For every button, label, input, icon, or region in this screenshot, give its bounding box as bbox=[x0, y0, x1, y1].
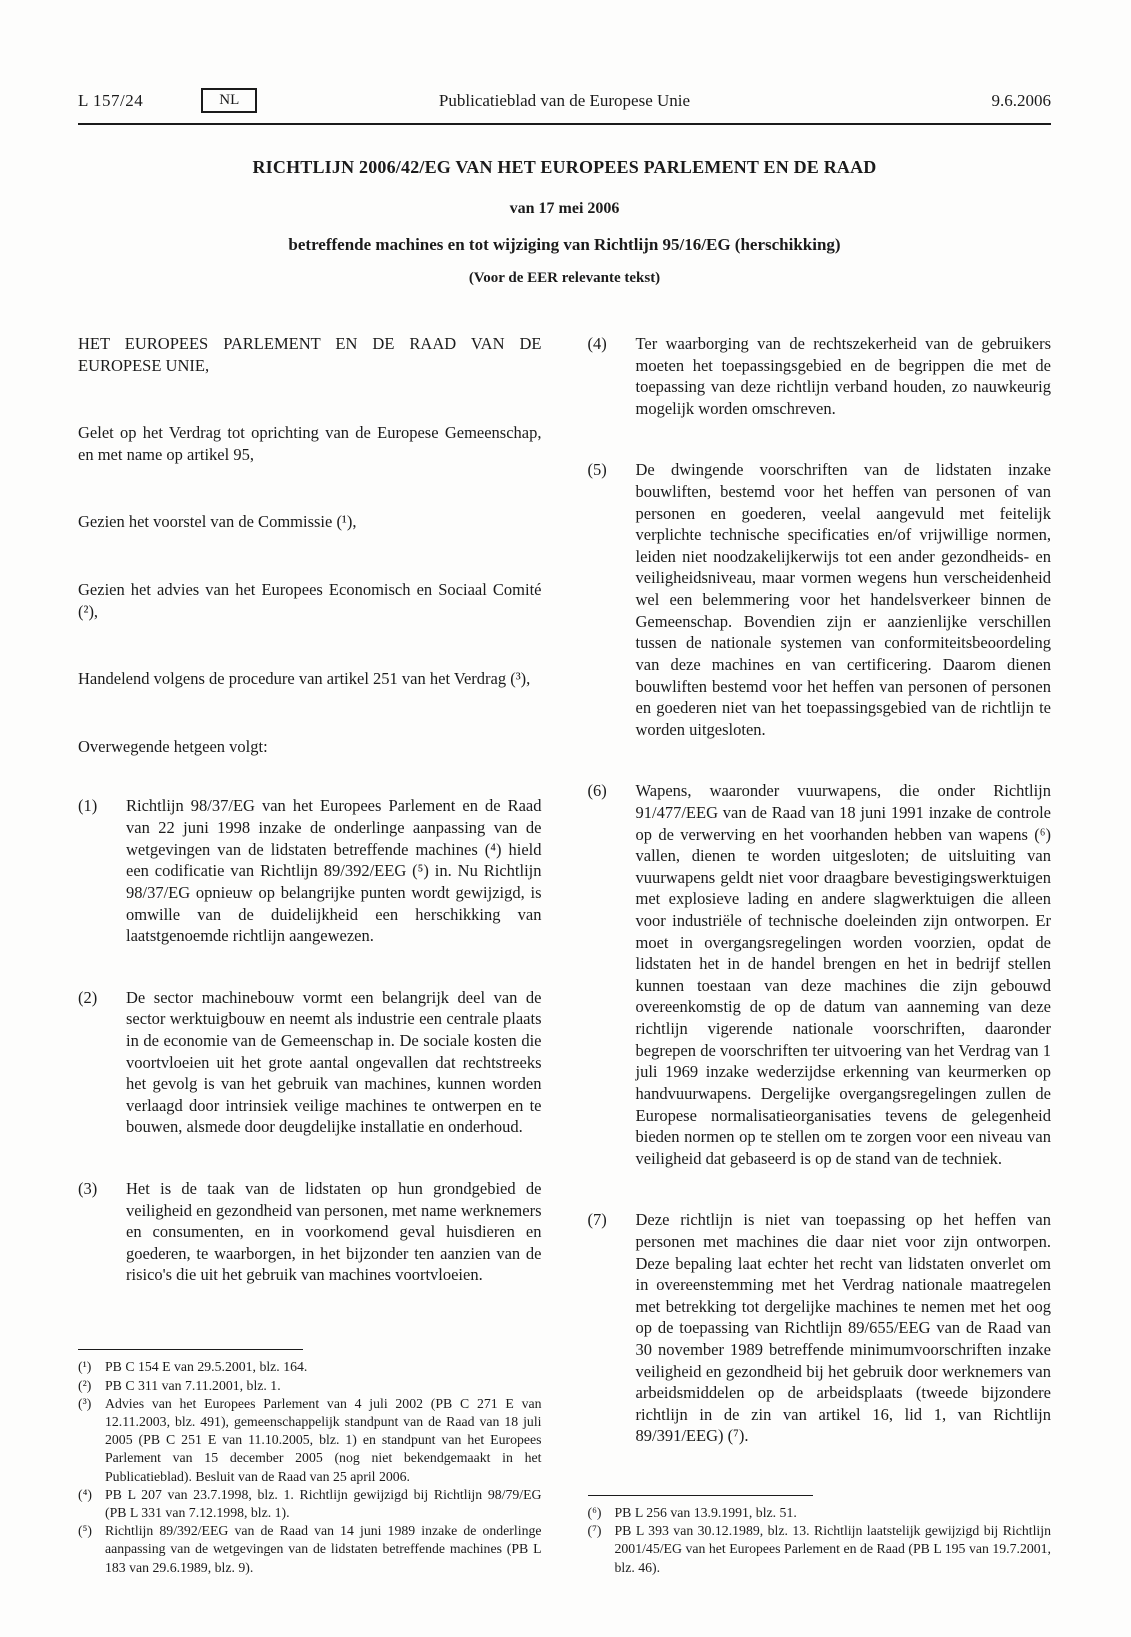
eer-relevance-note: (Voor de EER relevante tekst) bbox=[78, 270, 1051, 287]
language-code-badge: NL bbox=[201, 88, 257, 113]
recital-number: (2) bbox=[78, 987, 126, 1138]
preamble-parties: HET EUROPEES PARLEMENT EN DE RAAD VAN DE… bbox=[78, 333, 542, 376]
recital-number: (3) bbox=[78, 1178, 126, 1286]
right-column: (4) Ter waarborging van de rechtszekerhe… bbox=[588, 333, 1052, 1577]
footnote-marker: (⁷) bbox=[588, 1522, 615, 1577]
recital-text: Het is de taak van de lidstaten op hun g… bbox=[126, 1178, 542, 1286]
preamble-commission-proposal: Gezien het voorstel van de Commissie (¹)… bbox=[78, 511, 542, 533]
recital-1: (1) Richtlijn 98/37/EG van het Europees … bbox=[78, 795, 542, 946]
left-column: HET EUROPEES PARLEMENT EN DE RAAD VAN DE… bbox=[78, 333, 542, 1577]
recital-text: Richtlijn 98/37/EG van het Europees Parl… bbox=[126, 795, 542, 946]
recital-number: (7) bbox=[588, 1209, 636, 1447]
footnote-4: (⁴) PB L 207 van 23.7.1998, blz. 1. Rich… bbox=[78, 1486, 542, 1522]
recital-number: (4) bbox=[588, 333, 636, 419]
journal-page: L 157/24 NL Publicatieblad van de Europe… bbox=[0, 0, 1131, 1637]
footnote-text: PB L 393 van 30.12.1989, blz. 13. Richtl… bbox=[615, 1522, 1052, 1577]
directive-subject-line: betreffende machines en tot wijziging va… bbox=[78, 235, 1051, 255]
recital-3: (3) Het is de taak van de lidstaten op h… bbox=[78, 1178, 542, 1286]
footnote-marker: (⁶) bbox=[588, 1504, 615, 1522]
footnote-6: (⁶) PB L 256 van 13.9.1991, blz. 51. bbox=[588, 1504, 1052, 1522]
footnote-marker: (²) bbox=[78, 1377, 105, 1395]
recital-number: (6) bbox=[588, 780, 636, 1169]
document-body: HET EUROPEES PARLEMENT EN DE RAAD VAN DE… bbox=[78, 333, 1051, 1577]
recital-number: (5) bbox=[588, 459, 636, 740]
footnote-text: Advies van het Europees Parlement van 4 … bbox=[105, 1395, 542, 1486]
footnote-3: (³) Advies van het Europees Parlement va… bbox=[78, 1395, 542, 1486]
preamble-committee-opinion: Gezien het advies van het Europees Econo… bbox=[78, 579, 542, 622]
recital-text: De sector machinebouw vormt een belangri… bbox=[126, 987, 542, 1138]
footnote-5: (⁵) Richtlijn 89/392/EEG van de Raad van… bbox=[78, 1522, 542, 1577]
directive-date-line: van 17 mei 2006 bbox=[78, 200, 1051, 218]
right-footnotes: (⁶) PB L 256 van 13.9.1991, blz. 51. (⁷)… bbox=[588, 1487, 1052, 1577]
footnote-marker: (³) bbox=[78, 1395, 105, 1486]
footnote-text: PB C 311 van 7.11.2001, blz. 1. bbox=[105, 1377, 542, 1395]
header-left-group: L 157/24 NL bbox=[78, 88, 378, 113]
footnote-2: (²) PB C 311 van 7.11.2001, blz. 1. bbox=[78, 1377, 542, 1395]
footnote-marker: (¹) bbox=[78, 1358, 105, 1376]
recital-text: Deze richtlijn is niet van toepassing op… bbox=[636, 1209, 1052, 1447]
footnote-marker: (⁴) bbox=[78, 1486, 105, 1522]
directive-title: RICHTLIJN 2006/42/EG VAN HET EUROPEES PA… bbox=[78, 157, 1051, 178]
footnote-marker: (⁵) bbox=[78, 1522, 105, 1577]
footnote-text: PB L 256 van 13.9.1991, blz. 51. bbox=[615, 1504, 1052, 1522]
recital-2: (2) De sector machinebouw vormt een bela… bbox=[78, 987, 542, 1138]
footnote-text: Richtlijn 89/392/EEG van de Raad van 14 … bbox=[105, 1522, 542, 1577]
preamble-treaty: Gelet op het Verdrag tot oprichting van … bbox=[78, 422, 542, 465]
recital-6: (6) Wapens, waaronder vuurwapens, die on… bbox=[588, 780, 1052, 1169]
footnote-7: (⁷) PB L 393 van 30.12.1989, blz. 13. Ri… bbox=[588, 1522, 1052, 1577]
footnote-divider bbox=[78, 1349, 303, 1350]
preamble-considering: Overwegende hetgeen volgt: bbox=[78, 736, 542, 758]
issue-date: 9.6.2006 bbox=[751, 91, 1051, 111]
page-reference: L 157/24 bbox=[78, 91, 143, 111]
left-footnotes: (¹) PB C 154 E van 29.5.2001, blz. 164. … bbox=[78, 1341, 542, 1576]
recital-text: Ter waarborging van de rechtszekerheid v… bbox=[636, 333, 1052, 419]
recital-text: Wapens, waaronder vuurwapens, die onder … bbox=[636, 780, 1052, 1169]
footnote-text: PB C 154 E van 29.5.2001, blz. 164. bbox=[105, 1358, 542, 1376]
footnote-text: PB L 207 van 23.7.1998, blz. 1. Richtlij… bbox=[105, 1486, 542, 1522]
directive-title-block: RICHTLIJN 2006/42/EG VAN HET EUROPEES PA… bbox=[78, 157, 1051, 287]
preamble-procedure: Handelend volgens de procedure van artik… bbox=[78, 668, 542, 690]
recital-7: (7) Deze richtlijn is niet van toepassin… bbox=[588, 1209, 1052, 1447]
footnote-1: (¹) PB C 154 E van 29.5.2001, blz. 164. bbox=[78, 1358, 542, 1376]
recital-5: (5) De dwingende voorschriften van de li… bbox=[588, 459, 1052, 740]
journal-title: Publicatieblad van de Europese Unie bbox=[378, 91, 751, 111]
page-header: L 157/24 NL Publicatieblad van de Europe… bbox=[78, 88, 1051, 125]
recital-4: (4) Ter waarborging van de rechtszekerhe… bbox=[588, 333, 1052, 419]
recital-text: De dwingende voorschriften van de lidsta… bbox=[636, 459, 1052, 740]
footnote-divider bbox=[588, 1495, 813, 1496]
recital-number: (1) bbox=[78, 795, 126, 946]
